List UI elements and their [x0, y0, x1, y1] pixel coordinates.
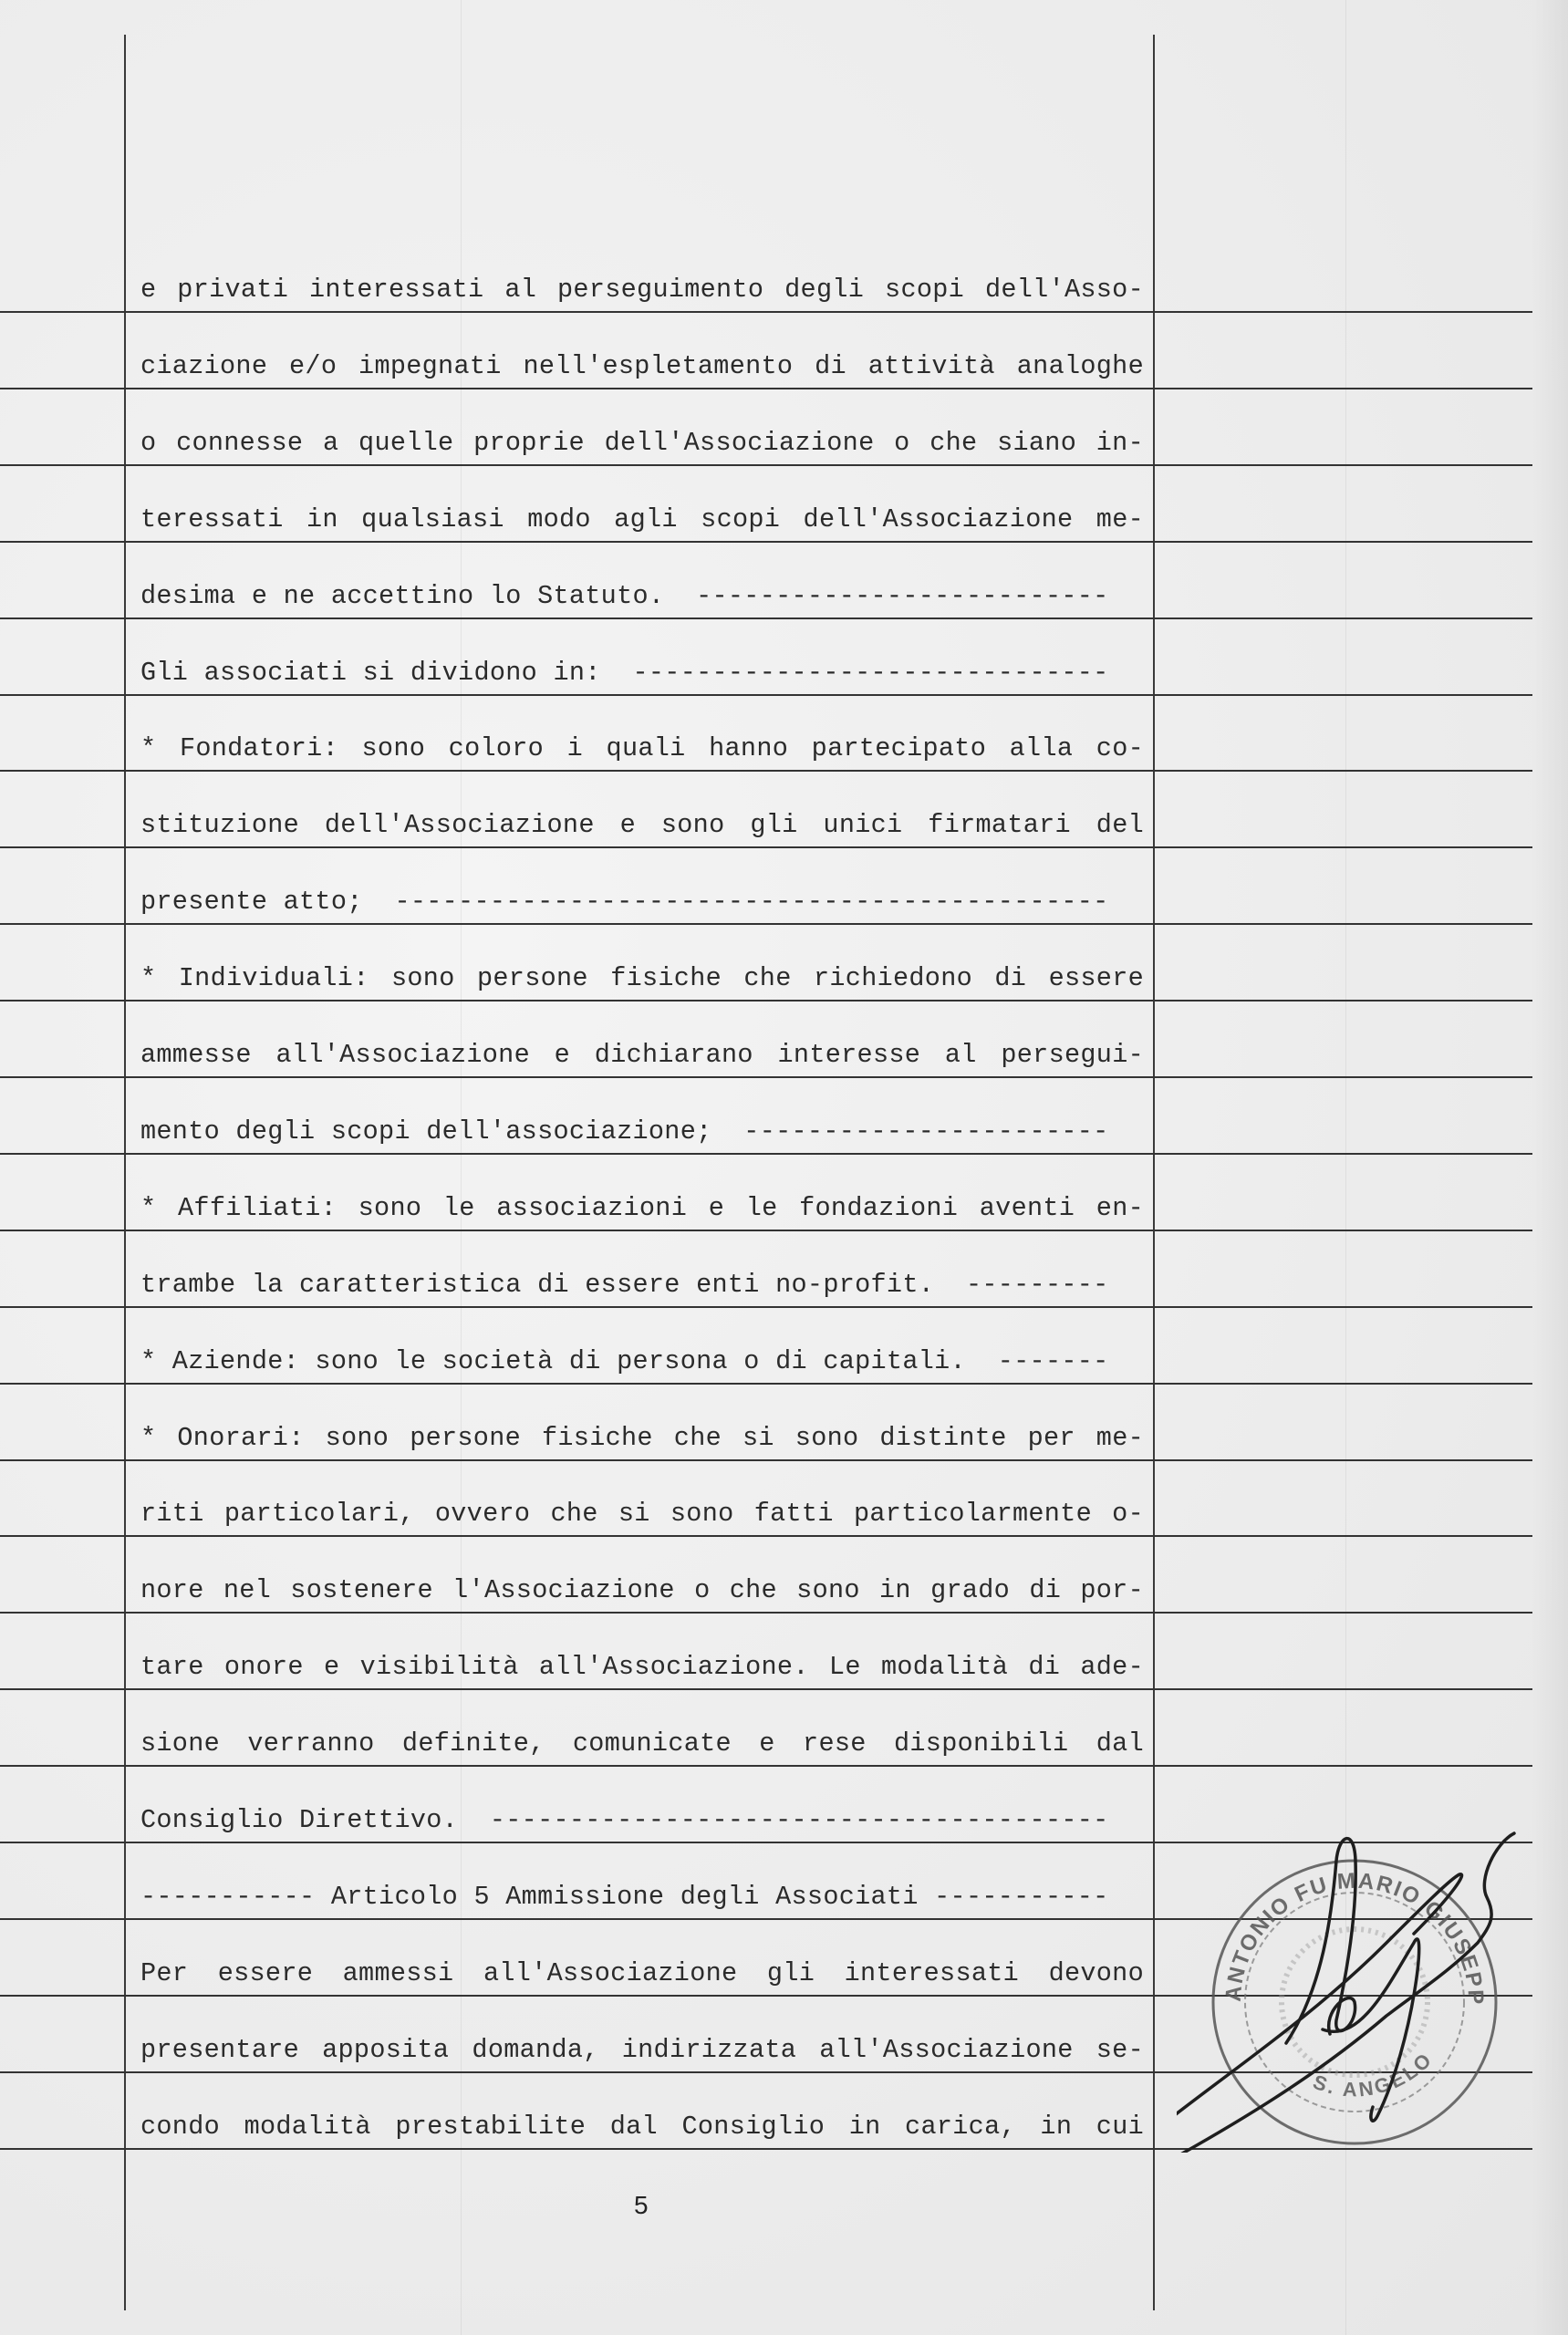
document-line: Consiglio Direttivo. -------------------… — [140, 1805, 1144, 1836]
ruled-line — [0, 1535, 1532, 1537]
ruled-line — [0, 1000, 1532, 1001]
ruled-line — [0, 388, 1532, 389]
page-number: 5 — [634, 2191, 649, 2220]
ruled-line — [0, 311, 1532, 313]
document-line: teressati in qualsiasi modo agli scopi d… — [140, 504, 1144, 535]
document-line: sione verranno definite, comunicate e re… — [140, 1728, 1144, 1759]
document-line: * Fondatori: sono coloro i quali hanno p… — [140, 733, 1144, 764]
document-line: presente atto; -------------------------… — [140, 887, 1144, 918]
document-line: * Onorari: sono persone fisiche che si s… — [140, 1423, 1144, 1454]
ruled-line — [0, 1765, 1532, 1767]
ruled-line — [0, 770, 1532, 772]
document-line: * Individuali: sono persone fisiche che … — [140, 963, 1144, 994]
ruled-line — [0, 1612, 1532, 1614]
document-line: presentare apposita domanda, indirizzata… — [140, 2035, 1144, 2066]
ruled-line — [0, 617, 1532, 619]
document-line: ----------- Articolo 5 Ammissione degli … — [140, 1882, 1144, 1913]
ruled-line — [0, 1076, 1532, 1078]
ruled-line — [0, 1306, 1532, 1308]
page-edge-shadow — [1532, 0, 1568, 2335]
ruled-line — [0, 923, 1532, 925]
document-line: ciazione e/o impegnati nell'espletamento… — [140, 351, 1144, 382]
notary-seal-icon: ANTONIO FU MARIO GIUSEPPE MILANO IN BENE… — [1177, 1806, 1523, 2153]
ruled-line — [0, 1383, 1532, 1385]
document-line: ammesse all'Associazione e dichiarano in… — [140, 1040, 1144, 1071]
document-line: condo modalità prestabilite dal Consigli… — [140, 2112, 1144, 2143]
document-line: * Affiliati: sono le associazioni e le f… — [140, 1193, 1144, 1224]
document-line: * Aziende: sono le società di persona o … — [140, 1346, 1144, 1377]
ruled-line — [0, 846, 1532, 848]
document-line: e privati interessati al perseguimento d… — [140, 275, 1144, 306]
document-line: stituzione dell'Associazione e sono gli … — [140, 810, 1144, 841]
document-line: riti particolari, ovvero che si sono fat… — [140, 1499, 1144, 1530]
document-line: Gli associati si dividono in: ----------… — [140, 658, 1144, 689]
document-line: tare onore e visibilità all'Associazione… — [140, 1652, 1144, 1683]
ruled-line — [0, 1688, 1532, 1690]
document-line: Per essere ammessi all'Associazione gli … — [140, 1958, 1144, 1989]
document-line: mento degli scopi dell'associazione; ---… — [140, 1116, 1144, 1147]
document-line: nore nel sostenere l'Associazione o che … — [140, 1575, 1144, 1606]
document-line: desima e ne accettino lo Statuto. ------… — [140, 581, 1144, 612]
ruled-line — [0, 1459, 1532, 1461]
ruled-line — [0, 541, 1532, 543]
ruled-line — [0, 1153, 1532, 1155]
document-line: trambe la caratteristica di essere enti … — [140, 1270, 1144, 1301]
ruled-line — [0, 694, 1532, 696]
ruled-line — [0, 1230, 1532, 1231]
document-line: o connesse a quelle proprie dell'Associa… — [140, 428, 1144, 459]
document-page: e privati interessati al perseguimento d… — [0, 0, 1568, 2335]
right-margin-rule — [1153, 35, 1155, 2310]
left-margin-rule — [124, 35, 126, 2310]
ruled-line — [0, 464, 1532, 466]
